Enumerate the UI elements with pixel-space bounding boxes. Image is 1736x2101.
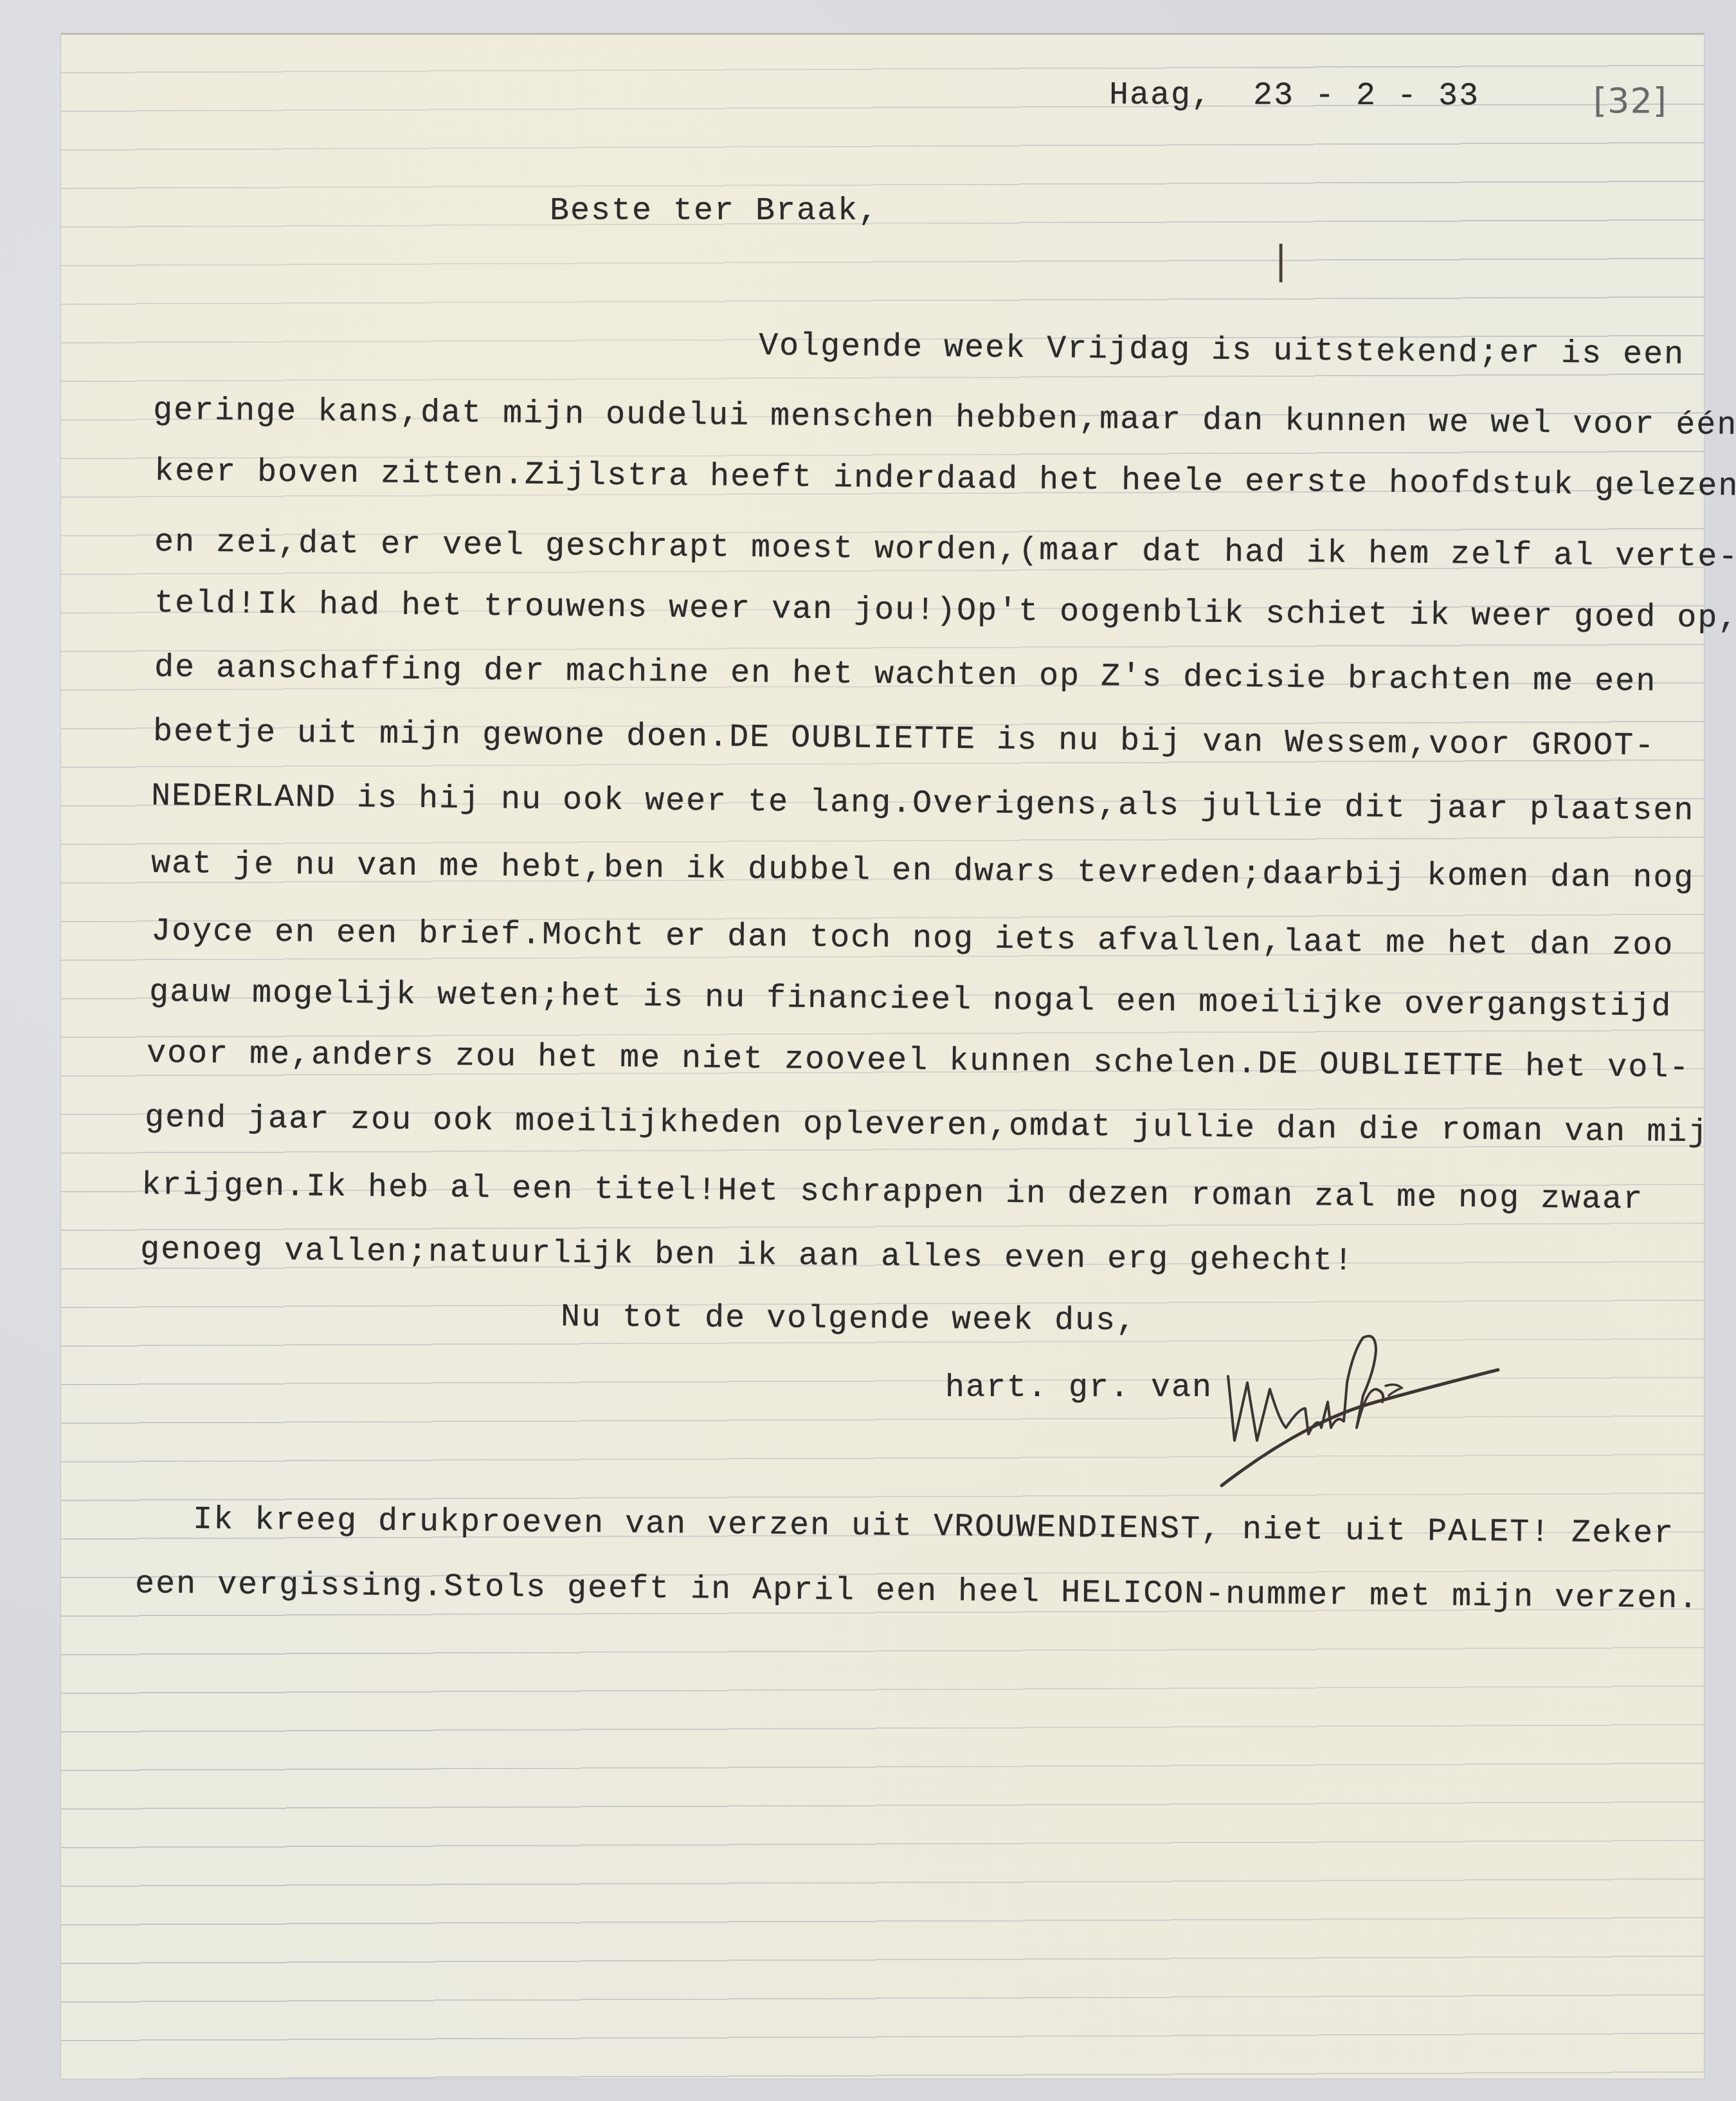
salutation: Beste ter Braak, <box>550 193 879 230</box>
place-date: Haag, 23 - 2 - 33 <box>1109 77 1479 115</box>
archive-number: [32] <box>1593 80 1667 121</box>
closing-line: Nu tot de volgende week dus, <box>561 1299 1137 1340</box>
pen-stroke-mark: | <box>1274 238 1287 283</box>
signature <box>1209 1331 1511 1498</box>
regards-line: hart. gr. van <box>945 1370 1213 1406</box>
